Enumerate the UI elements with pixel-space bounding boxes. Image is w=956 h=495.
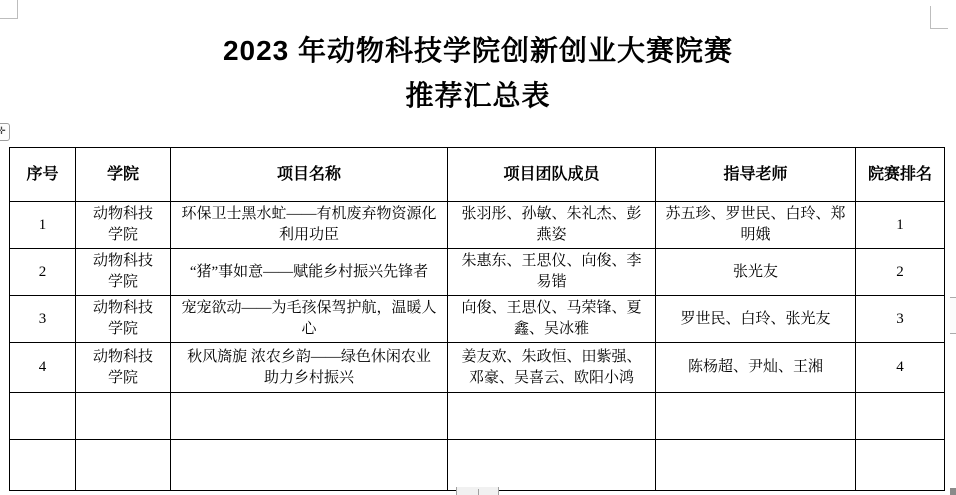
table-row: 3 动物科技学院 宠宠欲动——为毛孩保驾护航，温暖人心 向俊、王思仪、马荣锋、夏… [10,296,945,343]
table-row [10,440,945,491]
header-cell-no: 序号 [10,148,76,202]
cell-college: 动物科技学院 [76,202,171,249]
recommendation-summary-table: 序号 学院 项目名称 项目团队成员 指导老师 院赛排名 1 动物科技学院 环保卫… [9,147,945,491]
header-cell-rank: 院赛排名 [856,148,945,202]
cell-team [448,393,656,440]
cell-advisors: 张光友 [656,249,856,296]
cell-advisors [656,393,856,440]
cell-no: 4 [10,343,76,393]
document-title: 2023 年动物科技学院创新创业大赛院赛 推荐汇总表 [0,28,956,118]
cell-rank: 3 [856,296,945,343]
cell-no: 2 [10,249,76,296]
cell-advisors: 苏五珍、罗世民、白玲、郑明娥 [656,202,856,249]
cell-team: 朱惠东、王思仪、向俊、李易锴 [448,249,656,296]
table-row: 2 动物科技学院 “猪”事如意——赋能乡村振兴先锋者 朱惠东、王思仪、向俊、李易… [10,249,945,296]
header-cell-college: 学院 [76,148,171,202]
title-line-1: 2023 年动物科技学院创新创业大赛院赛 [0,28,956,73]
cell-project: 秋风旖旎 浓农乡韵——绿色休闲农业助力乡村振兴 [171,343,448,393]
cell-no: 3 [10,296,76,343]
cell-team [448,440,656,491]
cell-advisors [656,440,856,491]
cell-college: 动物科技学院 [76,343,171,393]
cell-no: 1 [10,202,76,249]
table-row: 1 动物科技学院 环保卫士黑水虻——有机废弃物资源化利用功臣 张羽彤、孙敏、朱礼… [10,202,945,249]
document-page: 2023 年动物科技学院创新创业大赛院赛 推荐汇总表 ✛ 序号 学院 项目名称 … [0,0,956,495]
cell-team: 张羽彤、孙敏、朱礼杰、彭燕姿 [448,202,656,249]
header-cell-team: 项目团队成员 [448,148,656,202]
cell-college [76,440,171,491]
cell-project [171,440,448,491]
horizontal-scrollbar-fragment[interactable] [456,487,499,495]
cell-rank [856,440,945,491]
page-margin-corner-top-left-icon [0,0,18,19]
cell-rank: 2 [856,249,945,296]
header-cell-project: 项目名称 [171,148,448,202]
page-margin-corner-top-right-icon [930,6,948,29]
cell-team: 姜友欢、朱政恒、田紫强、邓豪、吴喜云、欧阳小鸿 [448,343,656,393]
cell-college: 动物科技学院 [76,249,171,296]
vertical-scrollbar-fragment[interactable] [950,297,956,334]
cell-college: 动物科技学院 [76,296,171,343]
cell-rank [856,393,945,440]
header-cell-advisors: 指导老师 [656,148,856,202]
table-header-row: 序号 学院 项目名称 项目团队成员 指导老师 院赛排名 [10,148,945,202]
cell-rank: 4 [856,343,945,393]
title-line-2: 推荐汇总表 [0,73,956,118]
cell-college [76,393,171,440]
cell-team: 向俊、王思仪、马荣锋、夏鑫、吴冰雅 [448,296,656,343]
table-row: 4 动物科技学院 秋风旖旎 浓农乡韵——绿色休闲农业助力乡村振兴 姜友欢、朱政恒… [10,343,945,393]
cell-rank: 1 [856,202,945,249]
bottom-right-edge-mark [950,488,956,495]
cell-advisors: 罗世民、白玲、张光友 [656,296,856,343]
move-arrows-icon: ✛ [0,127,6,137]
table-move-handle-icon[interactable]: ✛ [0,123,10,141]
cell-project [171,393,448,440]
scrollbar-tick [478,489,479,495]
cell-project: “猪”事如意——赋能乡村振兴先锋者 [171,249,448,296]
cell-advisors: 陈杨超、尹灿、王湘 [656,343,856,393]
cell-no [10,440,76,491]
cell-project: 环保卫士黑水虻——有机废弃物资源化利用功臣 [171,202,448,249]
table-row [10,393,945,440]
cell-no [10,393,76,440]
cell-project: 宠宠欲动——为毛孩保驾护航，温暖人心 [171,296,448,343]
